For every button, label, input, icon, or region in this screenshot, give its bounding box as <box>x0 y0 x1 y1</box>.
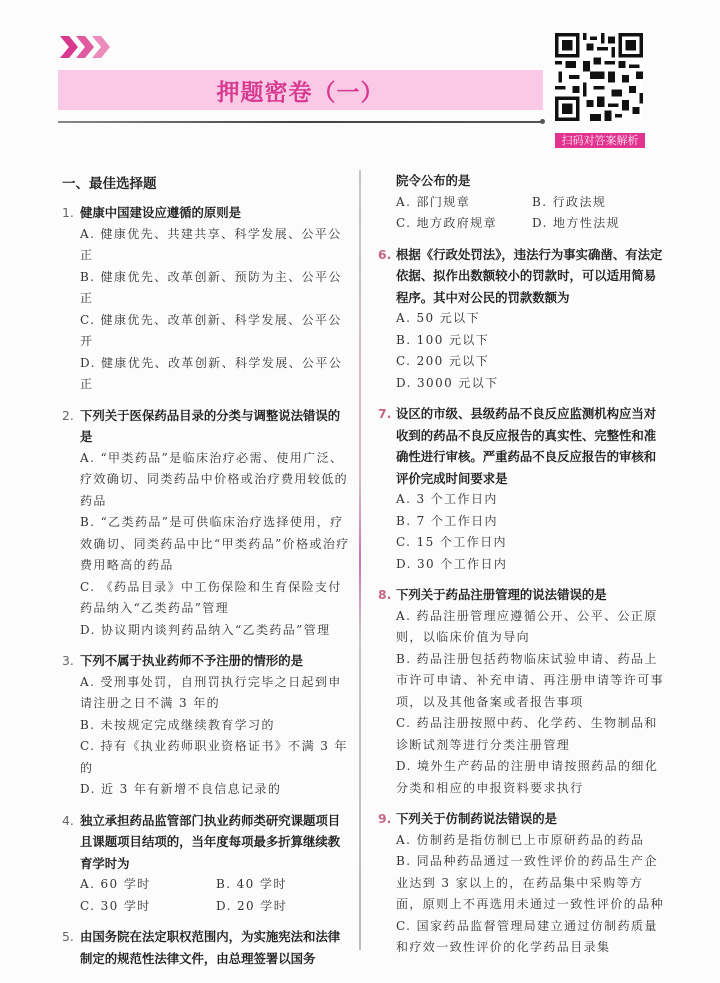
question-2: 2.下列关于医保药品目录的分类与调整说法错误的是 A. “甲类药品”是临床治疗必… <box>62 405 352 642</box>
question-number: 1. <box>62 202 80 224</box>
question-stem: 3.下列不属于执业药师不予注册的情形的是 <box>62 650 352 672</box>
chevron-decoration <box>60 36 108 58</box>
question-number: 3. <box>62 650 80 672</box>
option-b[interactable]: B. 药品注册包括药物临床试验申请、药品上市许可申请、补充申请、再注册申请等许可… <box>378 649 668 714</box>
option-a[interactable]: A. 健康优先、共建共享、科学发展、公平公正 <box>62 224 352 267</box>
question-number: 8. <box>378 584 396 606</box>
option-b[interactable]: B. “乙类药品”是可供临床治疗选择使用，疗效确切、同类药品中比“甲类药品”价格… <box>62 512 352 577</box>
option-c[interactable]: C. 《药品目录》中工伤保险和生育保险支付药品纳入“乙类药品”管理 <box>62 577 352 620</box>
qr-code-label: 扫码对答案解析 <box>555 133 645 148</box>
question-3: 3.下列不属于执业药师不予注册的情形的是 A. 受刑事处罚，自刑罚执行完毕之日起… <box>62 650 352 801</box>
option-b[interactable]: B. 未按规定完成继续教育学习的 <box>62 715 352 737</box>
option-a[interactable]: A. 部门规章 <box>396 192 532 214</box>
option-c[interactable]: C. 持有《执业药师职业资格证书》不满 3 年的 <box>62 736 352 779</box>
option-a[interactable]: A. 仿制药是指仿制已上市原研药品的药品 <box>378 830 668 852</box>
question-number: 4. <box>62 810 80 832</box>
question-stem: 9.下列关于仿制药说法错误的是 <box>378 808 668 830</box>
option-b[interactable]: B. 健康优先、改革创新、预防为主、公平公正 <box>62 267 352 310</box>
question-stem: 1.健康中国建设应遵循的原则是 <box>62 202 352 224</box>
question-stem: 5.由国务院在法定职权范围内，为实施宪法和法律制定的规范性法律文件，由总理签署以… <box>62 926 352 969</box>
option-d[interactable]: D. 协议期内谈判药品纳入“乙类药品”管理 <box>62 620 352 642</box>
option-b[interactable]: B. 行政法规 <box>532 192 668 214</box>
option-c[interactable]: C. 国家药品监督管理局建立通过仿制药质量和疗效一致性评价的化学药品目录集 <box>378 916 668 959</box>
option-c[interactable]: C. 15 个工作日内 <box>378 532 668 554</box>
option-d[interactable]: D. 3000 元以下 <box>378 373 668 395</box>
title-rule <box>58 121 542 123</box>
question-stem-continued: 院令公布的是 <box>378 170 668 192</box>
option-a[interactable]: A. 3 个工作日内 <box>378 489 668 511</box>
question-stem: 8.下列关于药品注册管理的说法错误的是 <box>378 584 668 606</box>
question-stem: 2.下列关于医保药品目录的分类与调整说法错误的是 <box>62 405 352 448</box>
question-number: 9. <box>378 808 396 830</box>
option-a[interactable]: A. 50 元以下 <box>378 308 668 330</box>
question-8: 8.下列关于药品注册管理的说法错误的是 A. 药品注册管理应遵循公开、公平、公正… <box>378 584 668 799</box>
option-d[interactable]: D. 近 3 年有新增不良信息记录的 <box>62 779 352 801</box>
option-c[interactable]: C. 健康优先、改革创新、科学发展、公平公开 <box>62 310 352 353</box>
question-1: 1.健康中国建设应遵循的原则是 A. 健康优先、共建共享、科学发展、公平公正 B… <box>62 202 352 396</box>
option-a[interactable]: A. “甲类药品”是临床治疗必需、使用广泛、疗效确切、同类药品中价格或治疗费用较… <box>62 448 352 513</box>
question-number: 6. <box>378 244 396 266</box>
question-number: 2. <box>62 405 80 427</box>
option-b[interactable]: B. 7 个工作日内 <box>378 511 668 533</box>
option-b[interactable]: B. 同品种药品通过一致性评价的药品生产企业达到 3 家以上的，在药品集中采购等… <box>378 851 668 916</box>
option-d[interactable]: D. 地方性法规 <box>532 213 668 235</box>
question-7: 7.设区的市级、县级药品不良反应监测机构应当对收到的药品不良反应报告的真实性、完… <box>378 403 668 575</box>
question-number: 5. <box>62 926 80 948</box>
option-c[interactable]: C. 地方政府规章 <box>396 213 532 235</box>
question-5-continued: 院令公布的是 A. 部门规章 B. 行政法规 C. 地方政府规章 D. 地方性法… <box>378 170 668 235</box>
question-stem: 7.设区的市级、县级药品不良反应监测机构应当对收到的药品不良反应报告的真实性、完… <box>378 403 668 489</box>
qr-code-icon[interactable] <box>555 33 643 121</box>
section-title: 一、最佳选择题 <box>62 172 352 192</box>
option-d[interactable]: D. 境外生产药品的注册申请按照药品的细化分类和相应的申报资料要求执行 <box>378 756 668 799</box>
page-title: 押题密卷（一） <box>217 74 385 107</box>
option-c[interactable]: C. 200 元以下 <box>378 351 668 373</box>
question-4: 4.独立承担药品监管部门执业药师类研究课题项目且课题项目结项的，当年度每项最多折… <box>62 810 352 918</box>
column-divider <box>359 170 361 950</box>
title-banner: 押题密卷（一） <box>58 70 543 110</box>
question-5: 5.由国务院在法定职权范围内，为实施宪法和法律制定的规范性法律文件，由总理签署以… <box>62 926 352 969</box>
option-b[interactable]: B. 40 学时 <box>216 874 352 896</box>
option-c[interactable]: C. 30 学时 <box>80 896 216 918</box>
option-b[interactable]: B. 100 元以下 <box>378 330 668 352</box>
option-c[interactable]: C. 药品注册按照中药、化学药、生物制品和诊断试剂等进行分类注册管理 <box>378 713 668 756</box>
option-d[interactable]: D. 健康优先、改革创新、科学发展、公平公正 <box>62 353 352 396</box>
question-number: 7. <box>378 403 396 425</box>
options-grid: A. 60 学时 B. 40 学时 C. 30 学时 D. 20 学时 <box>62 874 352 917</box>
question-stem: 4.独立承担药品监管部门执业药师类研究课题项目且课题项目结项的，当年度每项最多折… <box>62 810 352 875</box>
right-column: 院令公布的是 A. 部门规章 B. 行政法规 C. 地方政府规章 D. 地方性法… <box>378 170 668 968</box>
option-d[interactable]: D. 30 个工作日内 <box>378 554 668 576</box>
option-a[interactable]: A. 60 学时 <box>80 874 216 896</box>
option-a[interactable]: A. 受刑事处罚，自刑罚执行完毕之日起到申请注册之日不满 3 年的 <box>62 672 352 715</box>
option-d[interactable]: D. 20 学时 <box>216 896 352 918</box>
left-column: 一、最佳选择题 1.健康中国建设应遵循的原则是 A. 健康优先、共建共享、科学发… <box>62 172 352 978</box>
options-grid: A. 部门规章 B. 行政法规 C. 地方政府规章 D. 地方性法规 <box>378 192 668 235</box>
chevron-right-icon <box>92 36 110 58</box>
question-6: 6.根据《行政处罚法》，违法行为事实确凿、有法定依据、拟作出数额较小的罚款时，可… <box>378 244 668 395</box>
option-a[interactable]: A. 药品注册管理应遵循公开、公平、公正原则，以临床价值为导向 <box>378 606 668 649</box>
question-9: 9.下列关于仿制药说法错误的是 A. 仿制药是指仿制已上市原研药品的药品 B. … <box>378 808 668 959</box>
question-stem: 6.根据《行政处罚法》，违法行为事实确凿、有法定依据、拟作出数额较小的罚款时，可… <box>378 244 668 309</box>
